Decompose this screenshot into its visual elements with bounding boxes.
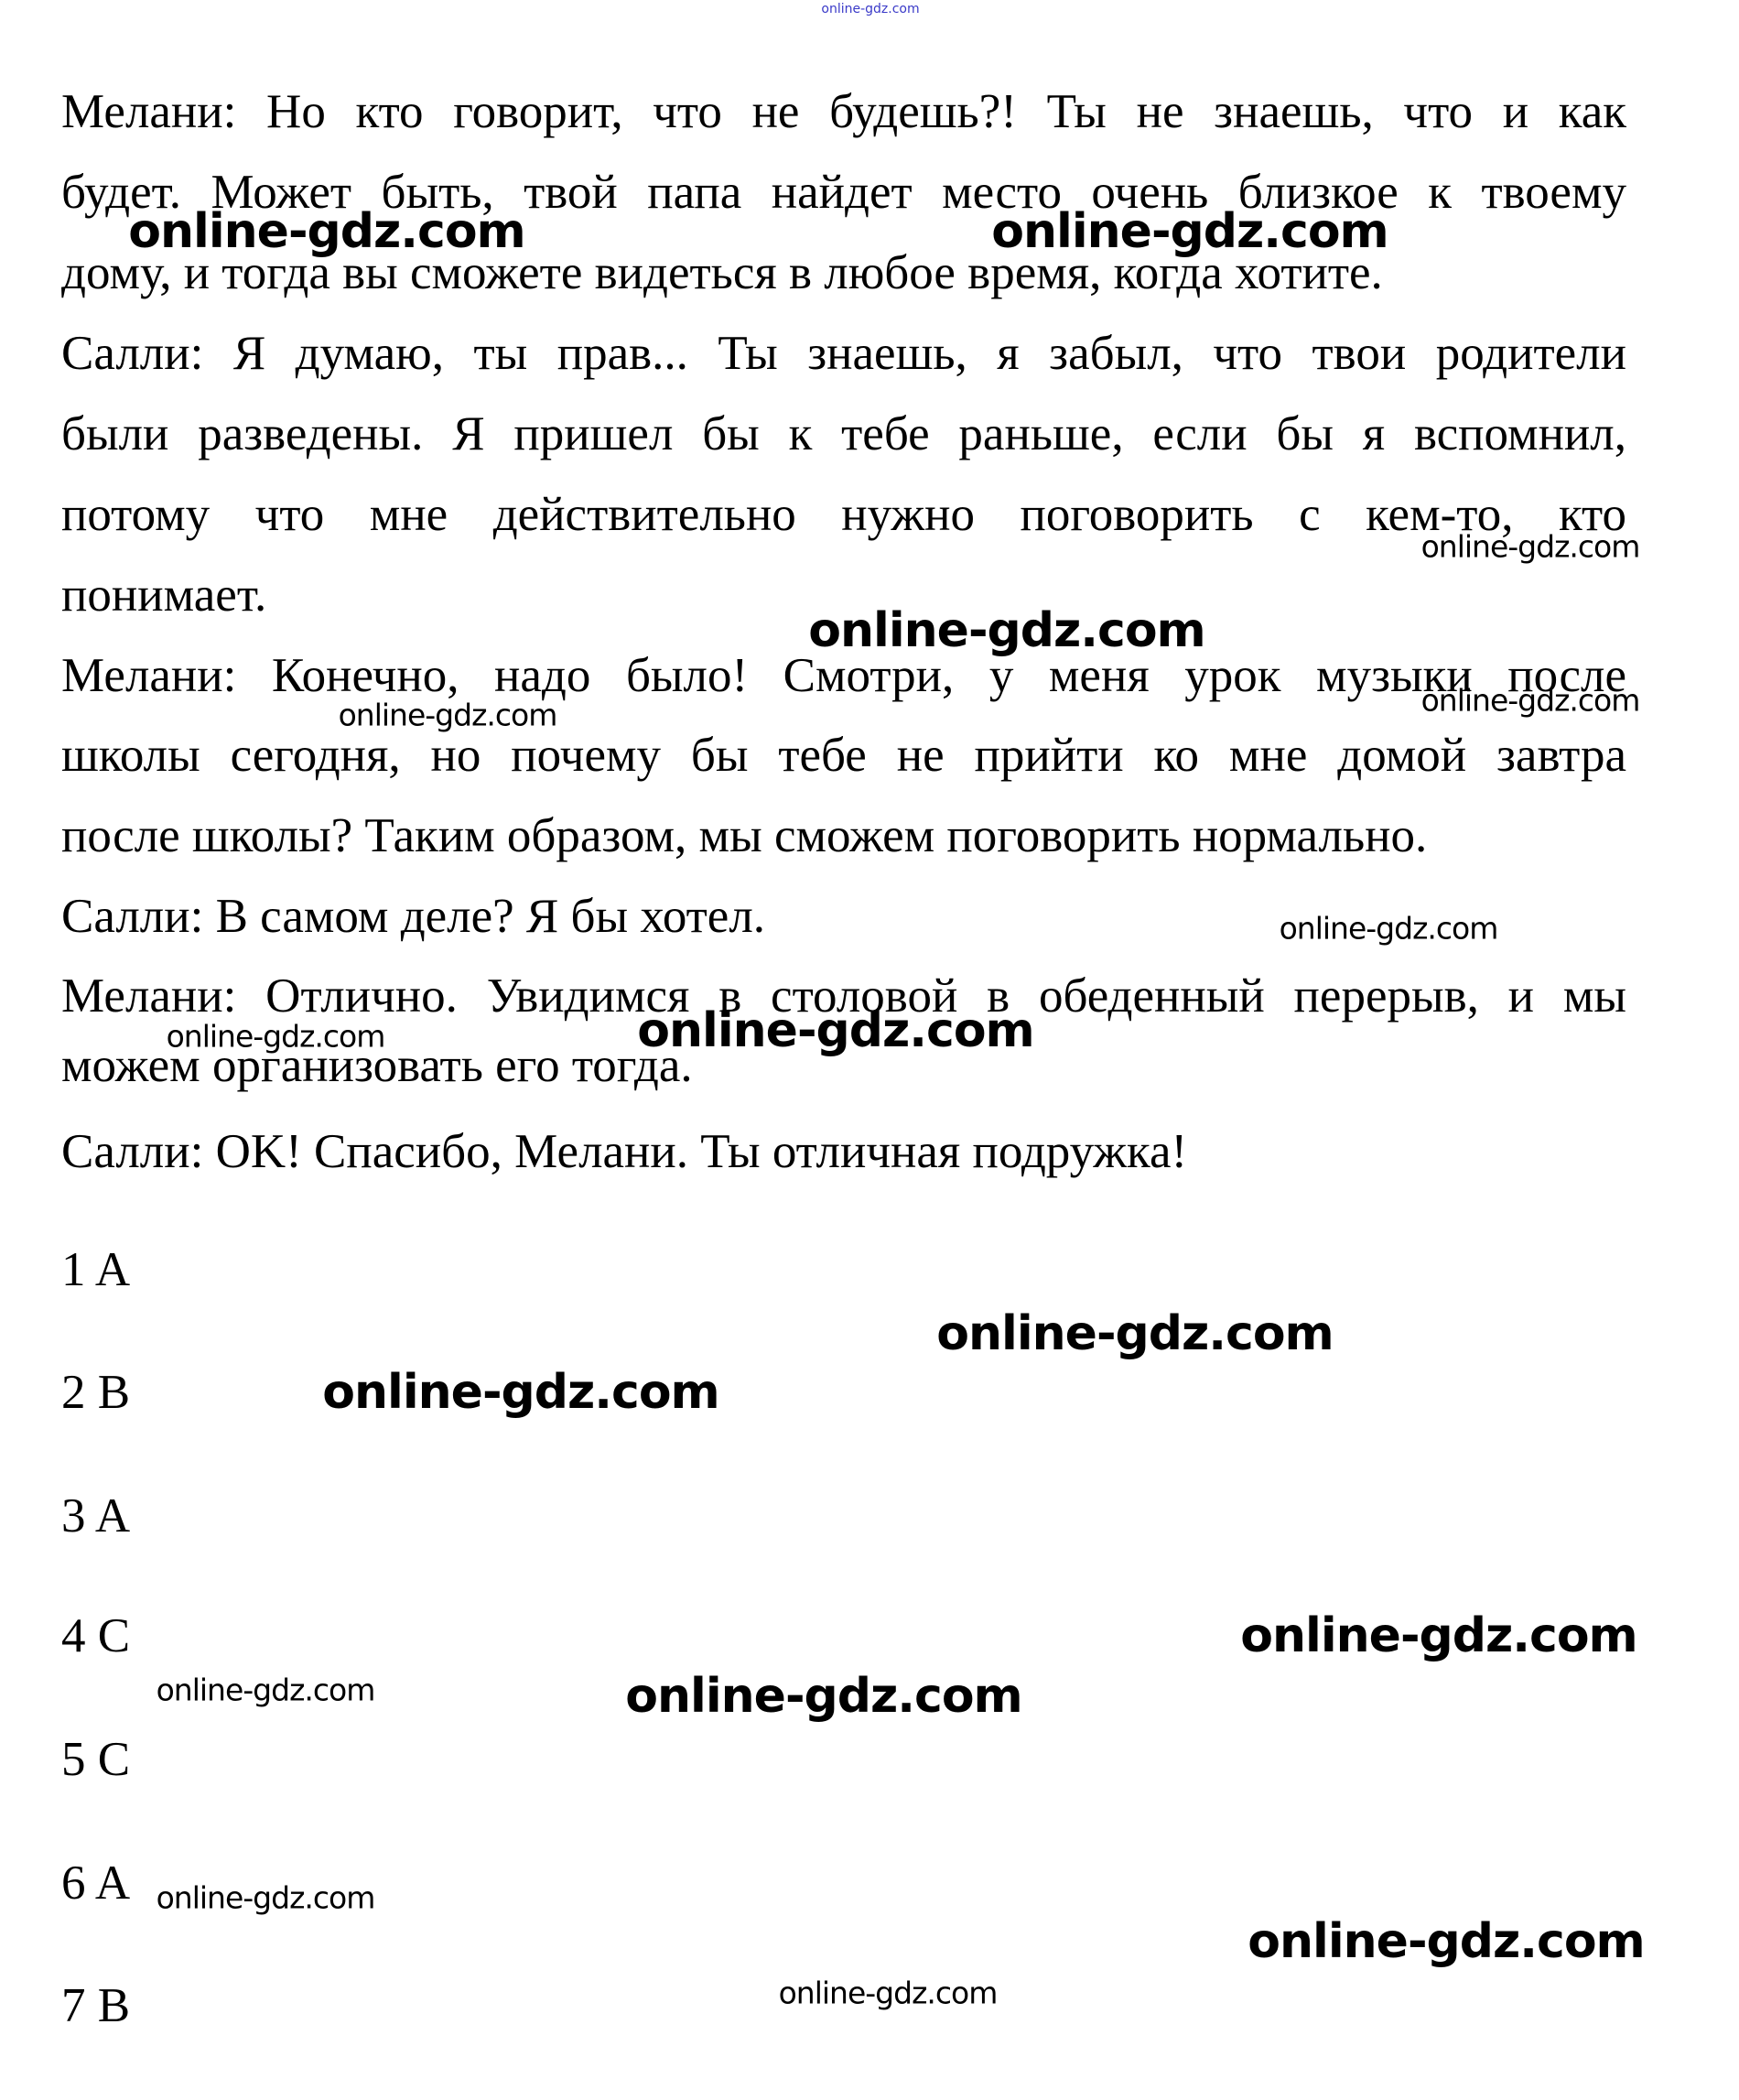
answer-number: 1 bbox=[61, 1243, 86, 1296]
watermark: online-gdz.com bbox=[936, 1306, 1333, 1361]
watermark: online-gdz.com bbox=[1421, 683, 1640, 719]
answer-number: 2 bbox=[61, 1366, 86, 1419]
answer-number: 3 bbox=[61, 1489, 86, 1543]
answer-letter: A bbox=[95, 1243, 130, 1296]
watermark: online-gdz.com bbox=[991, 204, 1388, 259]
watermark: online-gdz.com bbox=[339, 698, 557, 733]
answer-number: 6 bbox=[61, 1856, 86, 1910]
watermark: online-gdz.com bbox=[322, 1365, 718, 1420]
answer-item: 3 A bbox=[61, 1488, 130, 1543]
watermark: online-gdz.com bbox=[157, 1880, 375, 1916]
watermark: online-gdz.com bbox=[1421, 529, 1640, 565]
watermark: online-gdz.com bbox=[637, 1003, 1033, 1058]
document-page: online-gdz.com Мелани: Но кто говорит, ч… bbox=[0, 0, 1739, 2100]
answer-item: 5 C bbox=[61, 1732, 130, 1787]
dialogue-line: после школы? Таким образом, мы сможем по… bbox=[61, 808, 1626, 863]
dialogue-line: Салли: Я думаю, ты прав... Ты знаешь, я … bbox=[61, 326, 1626, 381]
answer-item: 6 A bbox=[61, 1856, 130, 1911]
watermark: online-gdz.com bbox=[1280, 911, 1498, 947]
dialogue-line: потому что мне действительно нужно погов… bbox=[61, 487, 1626, 542]
answer-item: 2 B bbox=[61, 1365, 130, 1420]
answer-letter: B bbox=[98, 1366, 130, 1419]
answer-letter: C bbox=[98, 1609, 130, 1662]
answer-letter: B bbox=[98, 1979, 130, 2032]
watermark: online-gdz.com bbox=[779, 1976, 998, 2011]
watermark: online-gdz.com bbox=[1240, 1608, 1636, 1663]
watermark: online-gdz.com bbox=[1248, 1914, 1644, 1969]
dialogue-line: Салли: OK! Спасибо, Мелани. Ты отличная … bbox=[61, 1124, 1626, 1179]
dialogue-line: школы сегодня, но почему бы тебе не прий… bbox=[61, 728, 1626, 783]
answer-item: 4 C bbox=[61, 1608, 130, 1663]
watermark: online-gdz.com bbox=[808, 603, 1204, 658]
answer-number: 5 bbox=[61, 1733, 86, 1786]
watermark: online-gdz.com bbox=[157, 1672, 375, 1708]
dialogue-line: Мелани: Но кто говорит, что не будешь?! … bbox=[61, 84, 1626, 139]
watermark: online-gdz.com bbox=[625, 1669, 1021, 1724]
dialogue-line: были разведены. Я пришел бы к тебе раньш… bbox=[61, 406, 1626, 461]
header-watermark: online-gdz.com bbox=[821, 2, 919, 16]
answer-item: 1 A bbox=[61, 1242, 130, 1297]
watermark: online-gdz.com bbox=[128, 204, 524, 259]
watermark: online-gdz.com bbox=[167, 1019, 385, 1055]
answer-number: 4 bbox=[61, 1609, 86, 1662]
answer-item: 7 B bbox=[61, 1978, 130, 2033]
answer-number: 7 bbox=[61, 1979, 86, 2032]
answer-letter: A bbox=[95, 1856, 130, 1910]
answer-letter: A bbox=[95, 1489, 130, 1543]
answer-letter: C bbox=[98, 1733, 130, 1786]
